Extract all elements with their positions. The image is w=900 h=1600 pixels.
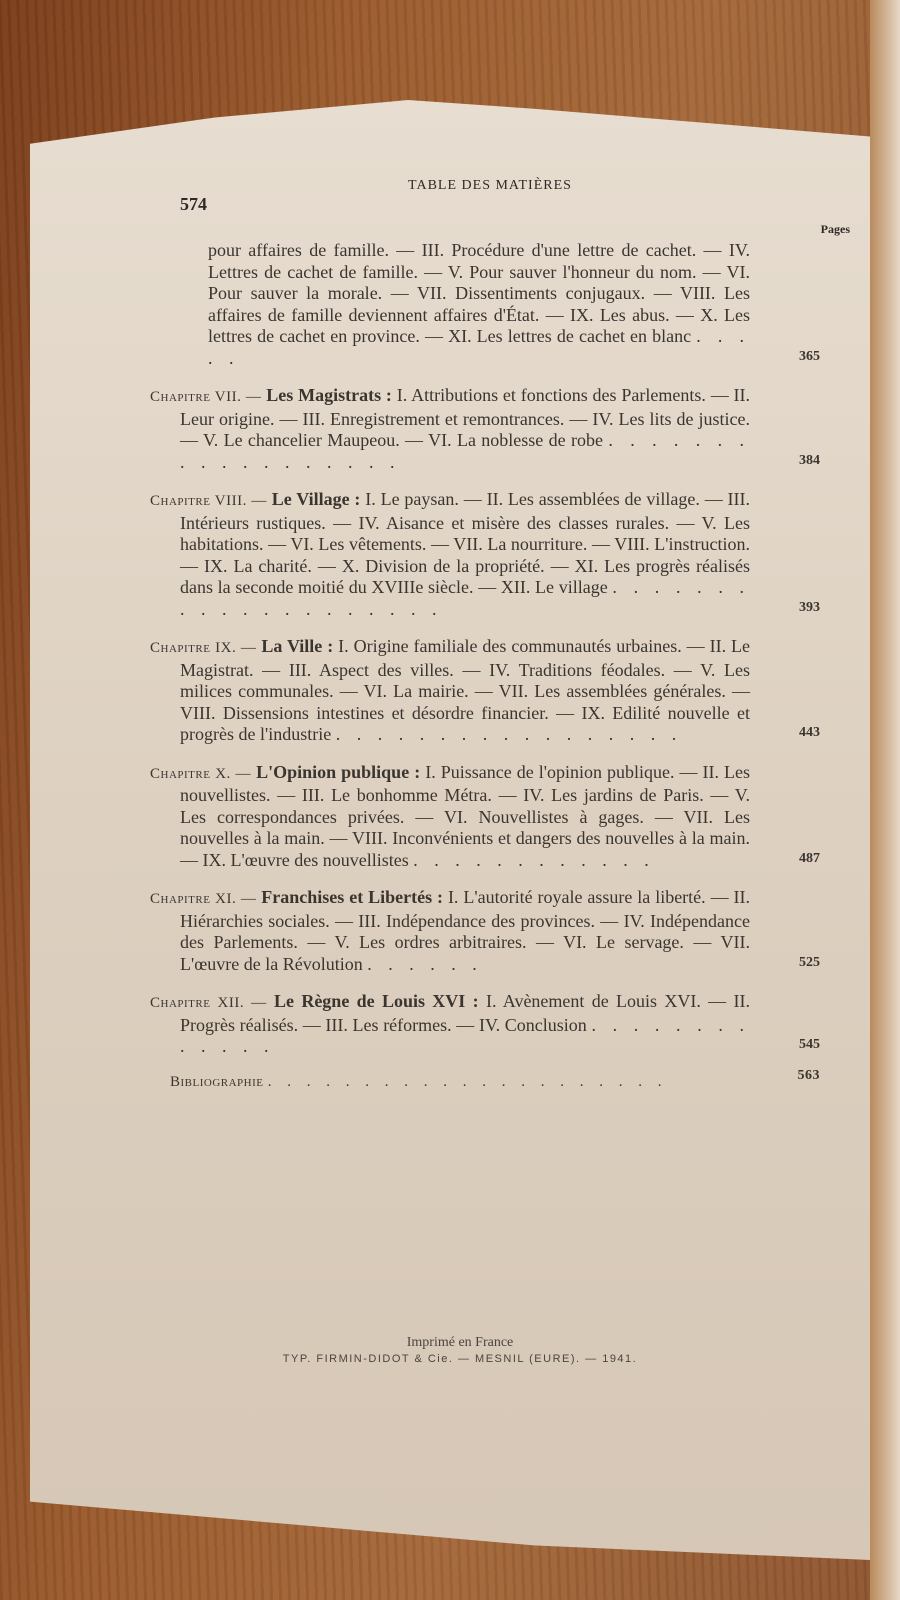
toc-entry-continuation: pour affaires de famille. — III. Procédu…	[150, 240, 830, 369]
table-of-contents: 574 TABLE DES MATIÈRES Pages pour affair…	[150, 170, 830, 1091]
toc-entry-chapter-10: Chapitre X. — L'Opinion publique : I. Pu…	[150, 762, 830, 872]
chapter-title: Les Magistrats :	[266, 385, 392, 405]
entry-page-number: 365	[799, 346, 820, 368]
toc-entry-chapter-8: Chapitre VIII. — Le Village : I. Le pays…	[150, 489, 830, 620]
chapter-title: Le Village :	[272, 489, 361, 509]
pages-column-label: Pages	[821, 222, 850, 237]
leader-dots: . . . . . . . . . . . . . . . . .	[336, 724, 683, 744]
entry-page-number: 545	[799, 1034, 820, 1056]
chapter-label: Chapitre XII. —	[150, 995, 267, 1011]
chapter-title: Le Règne de Louis XVI :	[274, 991, 479, 1011]
toc-entry-chapter-11: Chapitre XI. — Franchises et Libertés : …	[150, 887, 830, 975]
chapter-label: Chapitre VII. —	[150, 389, 261, 405]
chapter-label: Chapitre X. —	[150, 766, 251, 782]
running-title: TABLE DES MATIÈRES	[150, 178, 830, 194]
next-page-edge	[870, 0, 900, 1600]
page-number: 574	[180, 194, 207, 215]
toc-entry-chapter-12: Chapitre XII. — Le Règne de Louis XVI : …	[150, 991, 830, 1058]
chapter-title: L'Opinion publique :	[256, 762, 420, 782]
entry-page-number: 525	[799, 952, 820, 974]
entry-page-number: 393	[799, 597, 820, 619]
entry-page-number: 487	[799, 848, 820, 870]
chapter-label: Chapitre IX. —	[150, 640, 256, 656]
imprint-line-1: Imprimé en France	[150, 1335, 770, 1351]
toc-entry-chapter-7: Chapitre VII. — Les Magistrats : I. Attr…	[150, 385, 830, 473]
entry-page-number: 563	[798, 1068, 821, 1084]
bibliography-label: Bibliographie	[170, 1074, 264, 1090]
chapter-title: Franchises et Libertés :	[261, 887, 443, 907]
chapter-label: Chapitre XI. —	[150, 891, 256, 907]
leader-dots: . . . . . . . . . . . . . . . . . . . . …	[268, 1074, 668, 1090]
entry-page-number: 443	[799, 722, 820, 744]
leader-dots: . . . . . .	[367, 954, 483, 974]
entry-page-number: 384	[799, 450, 820, 472]
chapter-title: La Ville :	[261, 636, 333, 656]
imprint-line-2: TYP. FIRMIN-DIDOT & Cie. — MESNIL (EURE)…	[150, 1353, 770, 1365]
leader-dots: . . . . . . . . . . . .	[413, 850, 655, 870]
page-header: 574 TABLE DES MATIÈRES Pages	[150, 170, 830, 220]
toc-entry-bibliography: Bibliographie . . . . . . . . . . . . . …	[150, 1074, 830, 1091]
chapter-label: Chapitre VIII. —	[150, 493, 267, 509]
toc-entry-chapter-9: Chapitre IX. — La Ville : I. Origine fam…	[150, 636, 830, 746]
entry-text: pour affaires de famille. — III. Procédu…	[208, 240, 750, 346]
printer-imprint: Imprimé en France TYP. FIRMIN-DIDOT & Ci…	[150, 1335, 770, 1365]
